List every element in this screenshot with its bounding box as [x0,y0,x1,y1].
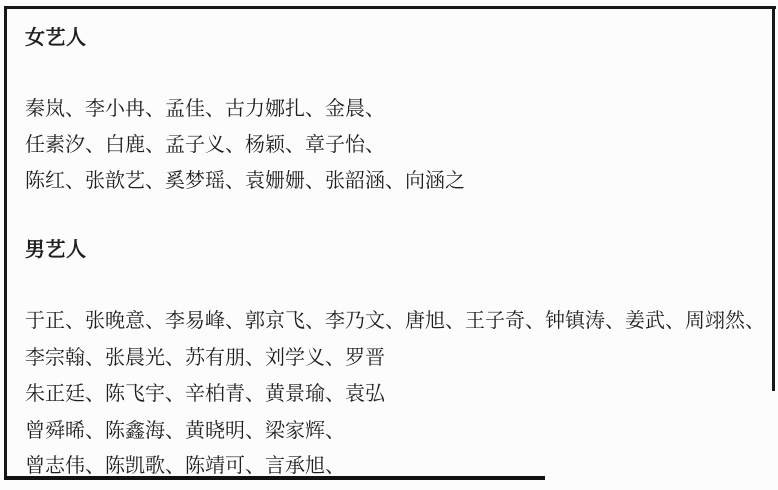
female-artists-line-3: 陈红、张歆艺、奚梦瑶、袁姗姗、张韶涵、向涵之 [25,164,465,193]
table-border-left [4,6,7,479]
male-artists-line-4: 曾舜晞、陈鑫海、黄晓明、梁家辉、 [25,414,345,443]
female-artists-line-1: 秦岚、李小冉、孟佳、古力娜扎、金晨、 [25,92,385,121]
table-border-top [4,6,776,9]
document-page: 女艺人 秦岚、李小冉、孟佳、古力娜扎、金晨、 任素汐、白鹿、孟子义、杨颖、章子怡… [0,0,778,490]
male-artists-line-1: 于正、张晚意、李易峰、郭京飞、李乃文、唐旭、王子奇、钟镇涛、姜武、周翊然、 [25,304,765,333]
male-artists-line-5: 曾志伟、陈凯歌、陈靖可、言承旭、 [25,449,345,478]
male-artists-line-3: 朱正廷、陈飞宇、辛柏青、黄景瑜、袁弘 [25,377,385,406]
section-heading-female-artists: 女艺人 [25,21,87,50]
table-border-right [772,6,775,391]
female-artists-line-2: 任素汐、白鹿、孟子义、杨颖、章子怡、 [25,128,385,157]
male-artists-line-2: 李宗翰、张晨光、苏有朋、刘学义、罗晋 [25,341,385,370]
section-heading-male-artists: 男艺人 [25,233,87,262]
